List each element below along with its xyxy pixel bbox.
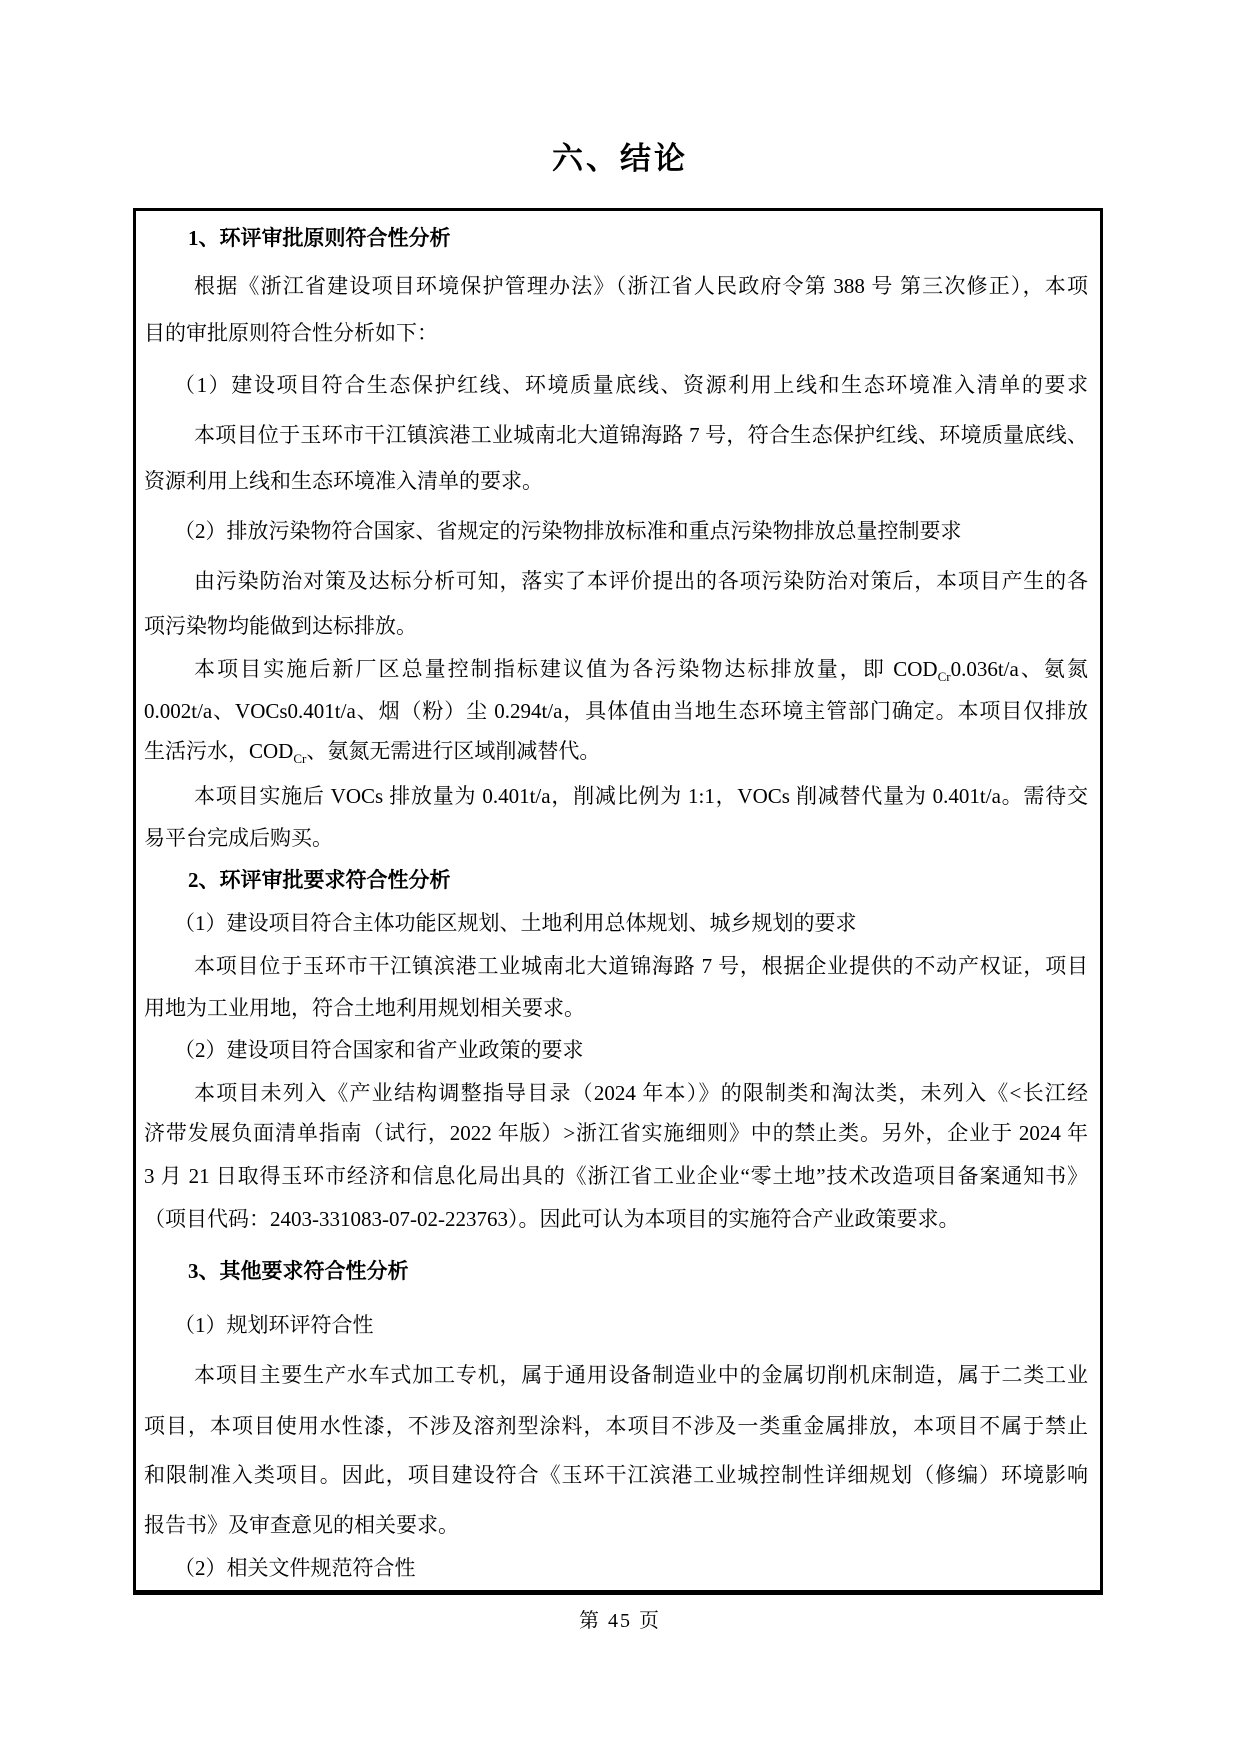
text-line: （项目代码：2403-331083-07-02-223763）。因此可认为本项目…: [144, 1204, 1088, 1234]
text-line: 易平台完成后购买。: [144, 823, 1088, 853]
text-line: 济带发展负面清单指南（试行，2022 年版）>浙江省实施细则》中的禁止类。另外，…: [144, 1118, 1088, 1148]
text-line: 项目，本项目使用水性漆，不涉及溶剂型涂料，本项目不涉及一类重金属排放，本项目不属…: [144, 1411, 1088, 1441]
text-line: 和限制准入类项目。因此，项目建设符合《玉环干江滨港工业城控制性详细规划（修编）环…: [144, 1460, 1088, 1490]
text-line: 本项目位于玉环市干江镇滨港工业城南北大道锦海路 7 号，符合生态保护红线、环境质…: [194, 420, 1088, 450]
text-line: 用地为工业用地，符合土地利用规划相关要求。: [144, 993, 1088, 1023]
text-line: 生活污水，CODCr、氨氮无需进行区域削减替代。: [144, 736, 1088, 766]
text-line: （1）规划环评符合性: [174, 1310, 1088, 1340]
text-segment: 本项目实施后新厂区总量控制指标建议值为各污染物达标排放量，即 COD: [194, 657, 938, 681]
text-line: 本项目实施后新厂区总量控制指标建议值为各污染物达标排放量，即 CODCr0.03…: [194, 654, 1088, 684]
text-line: 目的审批原则符合性分析如下：: [144, 318, 1088, 348]
text-line: 资源利用上线和生态环境准入清单的要求。: [144, 466, 1088, 496]
text-line: 本项目实施后 VOCs 排放量为 0.401t/a，削减比例为 1:1，VOCs…: [194, 781, 1088, 811]
text-line: （2）建设项目符合国家和省产业政策的要求: [174, 1035, 1088, 1065]
text-line: 本项目位于玉环市干江镇滨港工业城南北大道锦海路 7 号，根据企业提供的不动产权证…: [194, 951, 1088, 981]
text-line: 由污染防治对策及达标分析可知，落实了本评价提出的各项污染防治对策后，本项目产生的…: [194, 566, 1088, 596]
section-heading: 2、环评审批要求符合性分析: [188, 865, 1088, 895]
text-segment: 生活污水，COD: [144, 739, 293, 763]
conclusion-box: 1、环评审批原则符合性分析根据《浙江省建设项目环境保护管理办法》（浙江省人民政府…: [133, 208, 1103, 1595]
text-line: 3 月 21 日取得玉环市经济和信息化局出具的《浙江省工业企业“零土地”技术改造…: [144, 1161, 1088, 1191]
subscript-text: Cr: [938, 669, 951, 684]
page-number: 第 45 页: [0, 1606, 1240, 1636]
text-segment: 0.036t/a、氨氮: [951, 657, 1088, 681]
document-page: 六、结论 1、环评审批原则符合性分析根据《浙江省建设项目环境保护管理办法》（浙江…: [0, 0, 1240, 1754]
text-line: 报告书》及审查意见的相关要求。: [144, 1510, 1088, 1540]
section-heading: 3、其他要求符合性分析: [188, 1256, 1088, 1286]
page-title: 六、结论: [0, 136, 1240, 182]
text-line: （2）排放污染物符合国家、省规定的污染物排放标准和重点污染物排放总量控制要求: [174, 516, 1088, 546]
text-line: （2）相关文件规范符合性: [174, 1553, 1088, 1583]
text-line: 本项目主要生产水车式加工专机，属于通用设备制造业中的金属切削机床制造，属于二类工…: [194, 1360, 1088, 1390]
subscript-text: Cr: [293, 751, 306, 766]
text-line: 项污染物均能做到达标排放。: [144, 611, 1088, 641]
text-line: 0.002t/a、VOCs0.401t/a、烟（粉）尘 0.294t/a，具体值…: [144, 696, 1088, 726]
text-line: （1）建设项目符合生态保护红线、环境质量底线、资源利用上线和生态环境准入清单的要…: [174, 370, 1088, 400]
section-heading: 1、环评审批原则符合性分析: [188, 223, 1088, 253]
text-line: 根据《浙江省建设项目环境保护管理办法》（浙江省人民政府令第 388 号 第三次修…: [194, 271, 1088, 301]
text-segment: 、氨氮无需进行区域削减替代。: [306, 739, 600, 763]
text-line: 本项目未列入《产业结构调整指导目录（2024 年本）》的限制类和淘汰类，未列入《…: [194, 1078, 1088, 1108]
text-line: （1）建设项目符合主体功能区规划、土地利用总体规划、城乡规划的要求: [174, 908, 1088, 938]
